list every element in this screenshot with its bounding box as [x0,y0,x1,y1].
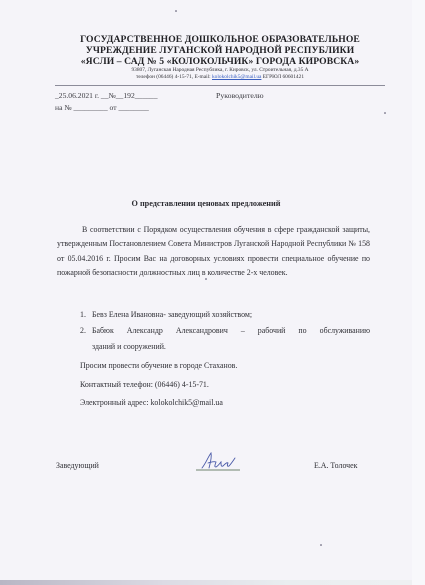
org-name-line-3: «ЯСЛИ – САД № 5 «КОЛОКОЛЬЧИК» ГОРОДА КИР… [40,56,400,67]
incoming-reference: на № _________ от ________ [55,103,149,112]
signatory-name: Е.А. Толочек [314,461,358,470]
org-name-line-2: УЧРЕЖДЕНИЕ ЛУГАНСКОЙ НАРОДНОЙ РЕСПУБЛИКИ [40,45,400,56]
signature-block: Заведующий Е.А. Толочек [56,461,376,481]
letterhead-divider [55,85,385,86]
list-item-continuation: зданий и сооружений. [80,339,370,355]
contact-phone: Контактный телефон: (06446) 4-15-71. [80,376,237,395]
scan-speck [384,112,386,114]
org-address: 93807, Луганская Народная Республика, г.… [40,67,400,74]
scan-speck [175,10,177,12]
list-item-number: 2. [80,323,92,339]
list-item-number: 1. [80,307,92,323]
email-line: Электронный адрес: kolokolchik5@mail.ua [80,394,237,413]
document-page: ГОСУДАРСТВЕННОЕ ДОШКОЛЬНОЕ ОБРАЗОВАТЕЛЬН… [0,0,412,580]
employee-list: 1. Бевз Елена Ивановна- заведующий хозяй… [80,307,370,355]
scan-bottom-edge [0,580,412,585]
scan-speck [205,278,207,280]
list-item-text: Бевз Елена Ивановна- заведующий хозяйств… [92,307,370,323]
signatory-title: Заведующий [56,461,99,470]
list-item: 1. Бевз Елена Ивановна- заведующий хозяй… [80,307,370,323]
addressee: Руководителю [216,91,264,100]
outgoing-date-number: _25.06.2021 г. __№__192______ [55,91,158,100]
letterhead: ГОСУДАРСТВЕННОЕ ДОШКОЛЬНОЕ ОБРАЗОВАТЕЛЬН… [40,34,400,81]
additional-info: Просим провести обучение в городе Стахан… [80,357,237,413]
org-name-line-1: ГОСУДАРСТВЕННОЕ ДОШКОЛЬНОЕ ОБРАЗОВАТЕЛЬН… [40,34,400,45]
training-location: Просим провести обучение в городе Стахан… [80,357,237,376]
org-registry: ЕГРЮЛ 60601421 [261,74,304,80]
org-phone: телефон (06446) 4-15-71, E-mail: [136,74,212,80]
scan-speck [320,544,322,546]
org-contacts: телефон (06446) 4-15-71, E-mail: kolokol… [40,74,400,81]
list-item: 2. Бабюк Александр Александрович – рабоч… [80,323,370,339]
handwritten-signature-icon [194,449,242,475]
list-item-text: Бабюк Александр Александрович – рабочий … [92,323,370,339]
body-paragraph-text: В соответствии с Порядком осуществления … [57,225,370,277]
letter-subject: О представлении ценовых предложений [0,199,412,208]
body-paragraph: В соответствии с Порядком осуществления … [57,223,370,281]
scan-right-margin [412,0,425,585]
org-email-link[interactable]: kolokolchik5@mail.ua [212,74,261,80]
